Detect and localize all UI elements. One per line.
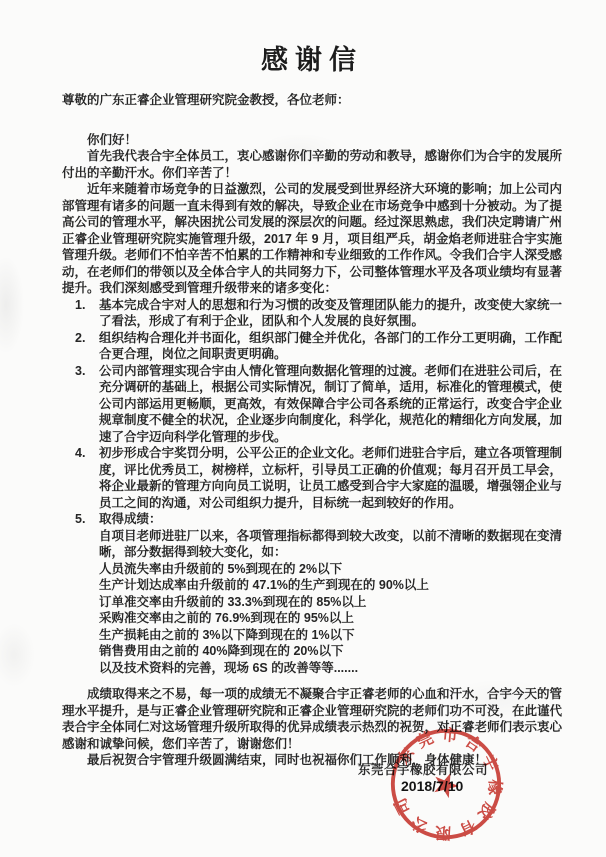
- intro-paragraph: 近年来随着市场竞争的日益激烈，公司的发展受到世界经济大环境的影响；加上公司内部管…: [62, 181, 562, 297]
- numbered-item: 4. 初步形成合宇奖罚分明，公平公正的企业文化。老师们进驻合宇后，建立各项管理制…: [62, 445, 562, 511]
- intro-paragraph: 首先我代表合宇全体员工，衷心感谢你们辛勤的劳动和教导，感谢你们为合宇的发展所付出…: [62, 148, 562, 181]
- numbered-item: 1. 基本完成合宇对人的思想和行为习惯的改变及管理团队能力的提升，改变使大家统一…: [62, 297, 562, 330]
- result-line: 订单准交率由升级前的 33.3%到现在的 85%以上: [99, 594, 562, 611]
- item-number: 2.: [75, 330, 99, 363]
- result-line: 采购准交率由之前的 76.9%到现在的 95%以上: [99, 610, 562, 627]
- numbered-item: 2. 组织结构合理化并书面化，组织部门健全并优化，各部门的工作分工更明确，工作配…: [62, 330, 562, 363]
- closing-paragraph: 成绩取得来之不易，每一项的成绩无不凝聚合宇正睿老师的心血和汗水，合宇今天的管理水…: [62, 686, 562, 752]
- item-text: 组织结构合理化并书面化，组织部门健全并优化，各部门的工作分工更明确，工作配合更合…: [99, 330, 562, 363]
- item-text: 基本完成合宇对人的思想和行为习惯的改变及管理团队能力的提升，改变使大家统一了看法…: [99, 297, 562, 330]
- result-line: 生产计划达成率由升级前的 47.1%的生产到现在的 90%以上: [99, 577, 562, 594]
- results-block: 自项目老师进驻厂以来，各项管理指标都得到较大改变，以前不清晰的数据现在变清晰，部…: [99, 528, 562, 677]
- item-number: 1.: [75, 297, 99, 330]
- salutation: 尊敬的广东正睿企业管理研究院金教授，各位老师：: [62, 92, 562, 109]
- signature-company: 东莞合宇橡胶有限公司: [358, 760, 488, 778]
- item-text: 公司内部管理实现合宇由人情化管理向数据化管理的过渡。老师们在进驻公司后，在充分调…: [99, 363, 562, 446]
- result-line: 人员流失率由升级前的 5%到现在的 2%以下: [99, 561, 562, 578]
- result-line: 以及技术资料的完善，现场 6S 的改善等等.......: [99, 660, 562, 677]
- item-number: 4.: [75, 445, 99, 511]
- page-title: 感谢信: [62, 0, 562, 77]
- item-number: 5.: [75, 511, 99, 528]
- paper-sheet: 感谢信 尊敬的广东正睿企业管理研究院金教授，各位老师： 你们好！ 首先我代表合宇…: [0, 0, 606, 857]
- item-text: 初步形成合宇奖罚分明，公平公正的企业文化。老师们进驻合宇后，建立各项管理制度，评…: [99, 445, 562, 511]
- greeting: 你们好！: [62, 132, 562, 149]
- numbered-item: 3. 公司内部管理实现合宇由人情化管理向数据化管理的过渡。老师们在进驻公司后，在…: [62, 363, 562, 446]
- result-line: 生产损耗由之前的 3%以下降到现在的 1%以下: [99, 627, 562, 644]
- results-intro: 自项目老师进驻厂以来，各项管理指标都得到较大改变，以前不清晰的数据现在变清晰，部…: [99, 528, 562, 561]
- item-number: 3.: [75, 363, 99, 446]
- result-line: 销售费用由之前的 40%降到现在的 20%以下: [99, 643, 562, 660]
- numbered-item: 5. 取得成绩：: [62, 511, 562, 528]
- item-text: 取得成绩：: [99, 511, 562, 528]
- signature-date: 2018/7/10: [401, 778, 463, 794]
